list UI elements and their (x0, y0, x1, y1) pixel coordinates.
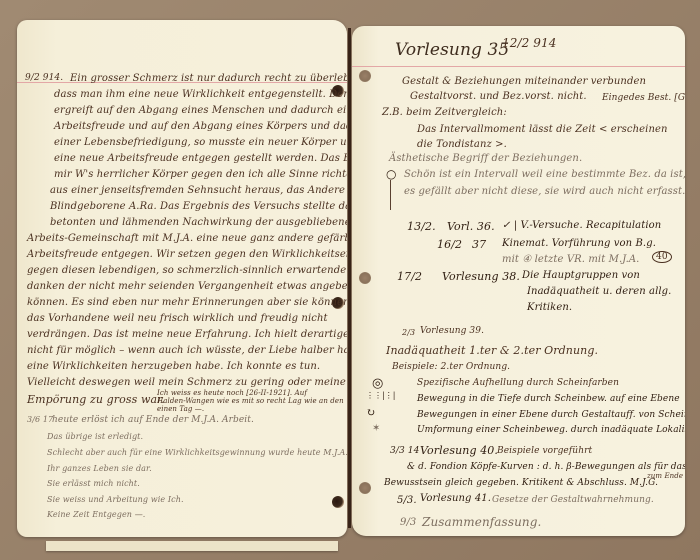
entry-date: 9/2 914. (25, 73, 63, 83)
circled-badge: 40 (652, 251, 672, 263)
punch-hole (359, 70, 371, 82)
schedule-label: 37 (472, 238, 486, 251)
entry-date: 9/3 (400, 517, 416, 528)
text-line: Das übrige ist erledigt. (47, 432, 143, 441)
lecture-label: Vorlesung 40. (420, 444, 498, 457)
animal-sketch-icon: ✶ (372, 423, 380, 434)
lecture-label: Vorlesung 41. (420, 493, 491, 504)
schedule-text: ✓ | V.-Versuche. Recapitulation (502, 220, 661, 231)
schedule-label: Vorlesung 38. (442, 270, 520, 283)
margin-rule (352, 66, 685, 67)
text-line: Arbeitsfreude entgegen. Wir setzen gegen… (27, 249, 347, 260)
example-item: Spezifische Aufhellung durch Scheinfarbe… (417, 378, 619, 388)
text-line: Ästhetische Begriff der Beziehungen. (389, 153, 582, 164)
text-line: Sie erlässt mich nicht. (47, 479, 140, 488)
entry-date: 3/3 14 (390, 446, 419, 456)
text-line: Zusammenfassung. (422, 515, 541, 529)
lecture-title: Vorlesung 35 (395, 40, 509, 60)
schedule-date: 17/2 (397, 270, 422, 283)
text-line: mir W's herrlicher Körper gegen den ich … (54, 169, 347, 180)
punch-hole (359, 482, 371, 494)
text-line: eine neue Arbeitsfreude entgegen gestell… (54, 153, 347, 164)
example-item: Bewegung in die Tiefe durch Scheinbew. a… (417, 394, 680, 404)
right-page: Vorlesung 35 12/2 914 Gestalt & Beziehun… (352, 26, 685, 536)
text-line: Das Intervallmoment lässt die Zeit < ers… (417, 124, 668, 135)
circled-mark-icon: ○ (386, 167, 396, 181)
text-line: Schlecht aber auch für eine Wirklichkeit… (47, 448, 347, 457)
example-item: Umformung einer Scheinbeweg. durch inadä… (417, 425, 685, 435)
text-line: Arbeits-Gemeinschaft mit M.J.A. eine neu… (27, 233, 347, 244)
text-line: können. Es sind eben nur mehr Erinnerung… (27, 297, 347, 308)
text-line: aus einer jenseitsfremden Sehnsucht hera… (50, 185, 347, 196)
text-line: Ihr ganzes Leben sie dar. (47, 464, 152, 473)
punch-hole (332, 496, 344, 508)
text-line: Z.B. beim Zeitvergleich: (382, 107, 507, 118)
side-note: zum Ende unbelegt. (647, 472, 685, 480)
schedule-text: Kinemat. Vorführung von B.g. (502, 238, 656, 249)
entry-date: 5/3. (397, 495, 417, 506)
schedule-text: Die Hauptgruppen von (522, 270, 640, 281)
text-line: Schön ist ein Intervall weil eine bestim… (404, 169, 685, 180)
schedule-extra: mit ④ letzte VR. mit M.J.A. (502, 254, 639, 265)
schedule-text: Inadäquatheit u. deren allg. (527, 286, 671, 297)
schedule-label: Vorl. 36. (447, 220, 495, 233)
lecture-note: Beispiele vorgeführt (497, 446, 592, 456)
spiral-sketch-icon: ◎ (372, 376, 383, 391)
entry-date: 3/6 17 (27, 415, 53, 424)
text-line: Gesetze der Gestaltwahrnehmung. (492, 495, 654, 505)
schedule-text: Kritiken. (527, 302, 572, 313)
text-line: heute erlöst ich auf Ende der M.J.A. Arb… (52, 415, 254, 425)
text-line: Gestaltvorst. und Bez.vorst. nicht. (410, 91, 587, 102)
text-line: Blindgeborene A.Ra. Das Ergebnis des Ver… (50, 201, 347, 212)
text-line: Keine Zeit Entgegen —. (47, 510, 145, 519)
text-line: Vielleicht deswegen weil mein Schmerz zu… (27, 377, 346, 388)
side-note: Ich weiss es heute noch [26-II-1921]. Au… (157, 389, 307, 397)
arrow-sketch-icon: ↻ (366, 406, 375, 419)
text-line: Bewusstsein gleich gegeben. Kritikent & … (384, 478, 658, 488)
dot-pattern-icon: ⋮⋮|⋮| (366, 391, 395, 400)
lecture-date: 12/2 914 (502, 36, 556, 50)
section-heading: Inadäquatheit 1.ter & 2.ter Ordnung. (386, 344, 598, 357)
text-line: Empörung zu gross war. (27, 393, 165, 406)
text-line: es gefällt aber nicht diese, sie wird au… (404, 186, 685, 197)
schedule-date: 16/2 (437, 238, 462, 251)
text-line: einer Lebensbefriedigung, so musste ein … (54, 137, 347, 148)
text-line: danken der nicht mehr seienden Vergangen… (27, 281, 347, 292)
left-page: 9/2 914. Ein grosser Schmerz ist nur dad… (17, 20, 347, 537)
text-line: nicht für möglich – wenn auch ich wüsste… (27, 345, 347, 356)
notebook-spine (348, 28, 351, 528)
bracket-note: Eingedes Best. [Gestalt] (602, 93, 685, 103)
margin-bar (390, 180, 391, 210)
lecture-label: Vorlesung 39. (420, 326, 484, 336)
entry-date: 2/3 (402, 328, 415, 337)
side-note: Halden-Wangen wie es mit so recht Lag wi… (157, 397, 344, 405)
examples-label: Beispiele: 2.ter Ordnung. (392, 362, 510, 372)
text-line: Arbeitsfreude und auf den Abgang eines K… (54, 121, 347, 132)
text-line: & d. Fondion Köpfe-Kurven : d. h. β-Bewe… (407, 462, 685, 472)
text-line: dass man ihm eine neue Wirklichkeit entg… (54, 89, 347, 100)
schedule-date: 13/2. (407, 220, 436, 233)
text-line: betonten und lähmenden Nachwirkung der a… (50, 217, 347, 228)
text-line: Sie weiss und Arbeitung wie Ich. (47, 495, 184, 504)
text-line: Ein grosser Schmerz ist nur dadurch rech… (70, 73, 347, 84)
text-line: eine Wirklichkeiten herzugeben habe. Ich… (27, 361, 320, 372)
badge-40: 40 (652, 251, 672, 263)
text-line: ergreift auf den Abgang eines Menschen u… (54, 105, 347, 116)
text-line: die Tondistanz >. (417, 139, 507, 150)
side-note: einen Tag —. (157, 405, 204, 413)
under-page-strip (46, 541, 338, 551)
text-line: das Vorhandene weil neu frisch wirklich … (27, 313, 328, 324)
text-line: gegen diesen lebendigen, so schmerzlich-… (27, 265, 347, 276)
punch-hole (359, 272, 371, 284)
example-item: Bewegungen in einer Ebene durch Gestalta… (417, 410, 685, 420)
text-line: verdrängen. Das ist meine neue Erfahrung… (27, 329, 347, 340)
text-line: Gestalt & Beziehungen miteinander verbun… (402, 76, 646, 87)
